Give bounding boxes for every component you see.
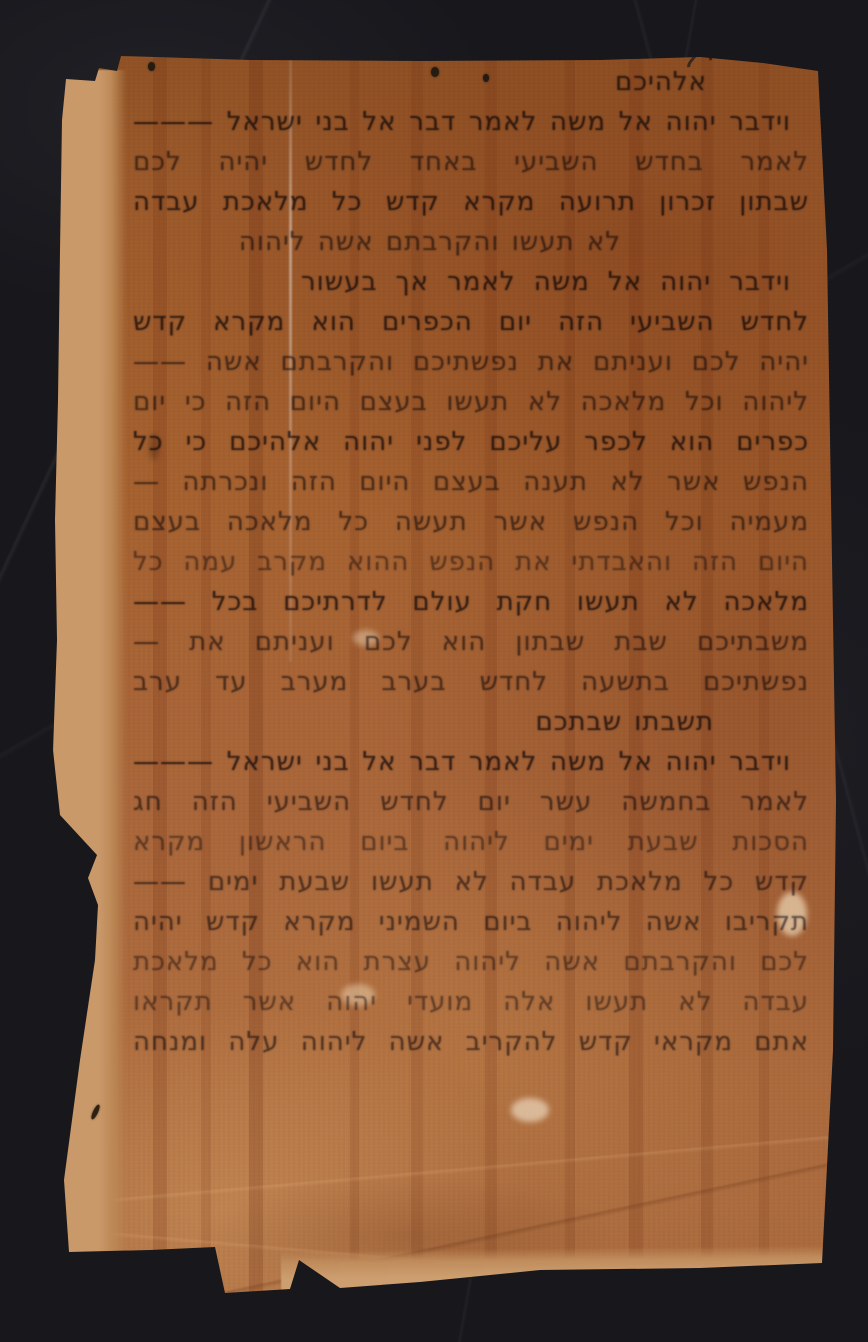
text-line: מלאכה לא תעשו חקת עולם לדרתיכם בכל —— <box>133 582 809 622</box>
text-line: אלהיכם <box>133 62 707 102</box>
text-line: לחדש השביעי הזה יום הכפרים הוא מקרא קדש <box>133 302 809 342</box>
text-line: הסכות שבעת ימים ליהוה ביום הראשון מקרא <box>133 822 809 862</box>
text-line: אתם מקראי קדש להקריב אשה ליהוה עלה ומנחה <box>133 1022 809 1062</box>
text-line: הנפש אשר לא תענה בעצם היום הזה ונכרתה — <box>133 462 809 502</box>
photograph-of-manuscript: { "scene": { "description": "Ancient lea… <box>0 0 868 1342</box>
text-line: שבתון זכרון תרועה מקרא קדש כל מלאכת עבדה <box>133 182 809 222</box>
text-line: וידבר יהוה אל משה לאמר דבר אל בני ישראל … <box>133 742 791 782</box>
text-line: כפרים הוא לכפר עליכם לפני יהוה אלהיכם כי… <box>133 422 809 462</box>
text-line: יהיה לכם ועניתם את נפשתיכם והקרבתם אשה —… <box>133 342 809 382</box>
text-line: היום הזה והאבדתי את הנפש ההוא מקרב עמה כ… <box>133 542 809 582</box>
text-line: לאמר בחדש השביעי באחד לחדש יהיה לכם <box>133 142 809 182</box>
text-line: תשבתו שבתכם <box>133 702 714 742</box>
pale-stain <box>511 1098 549 1122</box>
text-line: עבדה לא תעשו אלה מועדי יהוה אשר תקראו <box>133 982 809 1022</box>
text-line: ליהוה וכל מלאכה לא תעשו בעצם היום הזה כי… <box>133 382 809 422</box>
text-line: לכם והקרבתם אשה ליהוה עצרת הוא כל מלאכת <box>133 942 809 982</box>
hebrew-text-column: אלהיכם וידבר יהוה אל משה לאמר דבר אל בני… <box>133 62 809 1062</box>
text-line: וידבר יהוה אל משה לאמר אך בעשור <box>301 262 791 302</box>
text-line: קדש כל מלאכת עבדה לא תעשו שבעת ימים —— <box>133 862 809 902</box>
text-line: לא תעשו והקרבתם אשה ליהוה <box>305 222 621 262</box>
text-line: לאמר בחמשה עשר יום לחדש השביעי הזה חג <box>133 782 809 822</box>
text-line: מעמיה וכל הנפש אשר תעשה כל מלאכה בעצם <box>133 502 809 542</box>
text-line: נפשתיכם בתשעה לחדש בערב מערב עד ערב <box>133 662 809 702</box>
leather-manuscript-leaf: אלהיכם וידבר יהוה אל משה לאמר דבר אל בני… <box>53 42 841 1302</box>
text-line: תקריבו אשה ליהוה ביום השמיני מקרא קדש יה… <box>133 902 809 942</box>
text-line: משבתיכם שבת שבתון הוא לכם ועניתם את — <box>133 622 809 662</box>
text-line: וידבר יהוה אל משה לאמר דבר אל בני ישראל … <box>133 102 791 142</box>
